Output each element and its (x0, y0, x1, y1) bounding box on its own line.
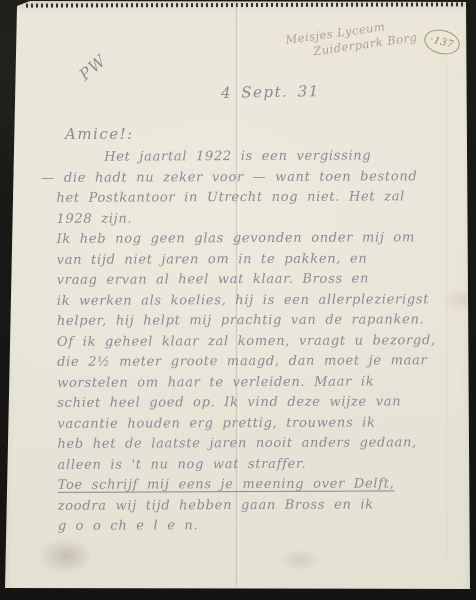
handwritten-line: Of ik geheel klaar zal komen, vraagt u b… (57, 331, 461, 353)
letter-paper: PW Meisjes Lyceum Zuiderpark Borg ·137 4… (0, 0, 476, 600)
handwritten-line: schiet heel goed op. Ik vind deze wijze … (57, 392, 461, 414)
handwritten-line: zoodra wij tijd hebben gaan Bross en ik (58, 495, 462, 517)
handwritten-line: Ik heb nog geen glas gevonden onder mij … (57, 228, 461, 250)
circled-page-number: ·137 (422, 26, 463, 58)
pencil-note: Meisjes Lyceum Zuiderpark Borg (285, 15, 419, 63)
handwritten-line: alleen is 't nu nog wat straffer. (57, 454, 461, 476)
handwritten-line: vacantie houden erg prettig, trouwens ik (57, 413, 461, 435)
handwritten-line: worstelen om haar te verleiden. Maar ik (57, 372, 461, 394)
handwritten-line: g o o ch e l e n. (58, 515, 462, 537)
handwritten-line: Toe schrijf mij eens je meening over Del… (58, 474, 462, 496)
perforation-edge (26, 2, 464, 7)
handwritten-line: helper, hij helpt mij prachtig van de ra… (57, 310, 461, 332)
letter-date: 4 Sept. 31 (221, 82, 320, 102)
handwritten-line: Het jaartal 1922 is een vergissing (104, 146, 460, 168)
handwritten-line: die 2½ meter groote maagd, dan moet je m… (57, 351, 461, 373)
scanned-letter-view: PW Meisjes Lyceum Zuiderpark Borg ·137 4… (0, 0, 476, 600)
letter-salutation: Amice!: (65, 125, 134, 143)
handwritten-line: 1928 zijn. (56, 208, 460, 230)
pencil-initials: PW (75, 51, 110, 84)
handwritten-line: ik werken als koelies, hij is een allerp… (57, 290, 461, 312)
handwritten-line: heb het de laatste jaren nooit anders ge… (57, 433, 461, 455)
handwritten-line: — die hadt nu zeker voor — want toen bes… (41, 167, 460, 189)
handwritten-line: het Postkantoor in Utrecht nog niet. Het… (56, 187, 460, 209)
handwritten-line: vraag ervan al heel wat klaar. Bross en (57, 269, 461, 291)
handwritten-line: van tijd niet jaren om in te pakken, en (57, 249, 461, 271)
letter-body: Het jaartal 1922 is een vergissing— die … (56, 146, 462, 537)
